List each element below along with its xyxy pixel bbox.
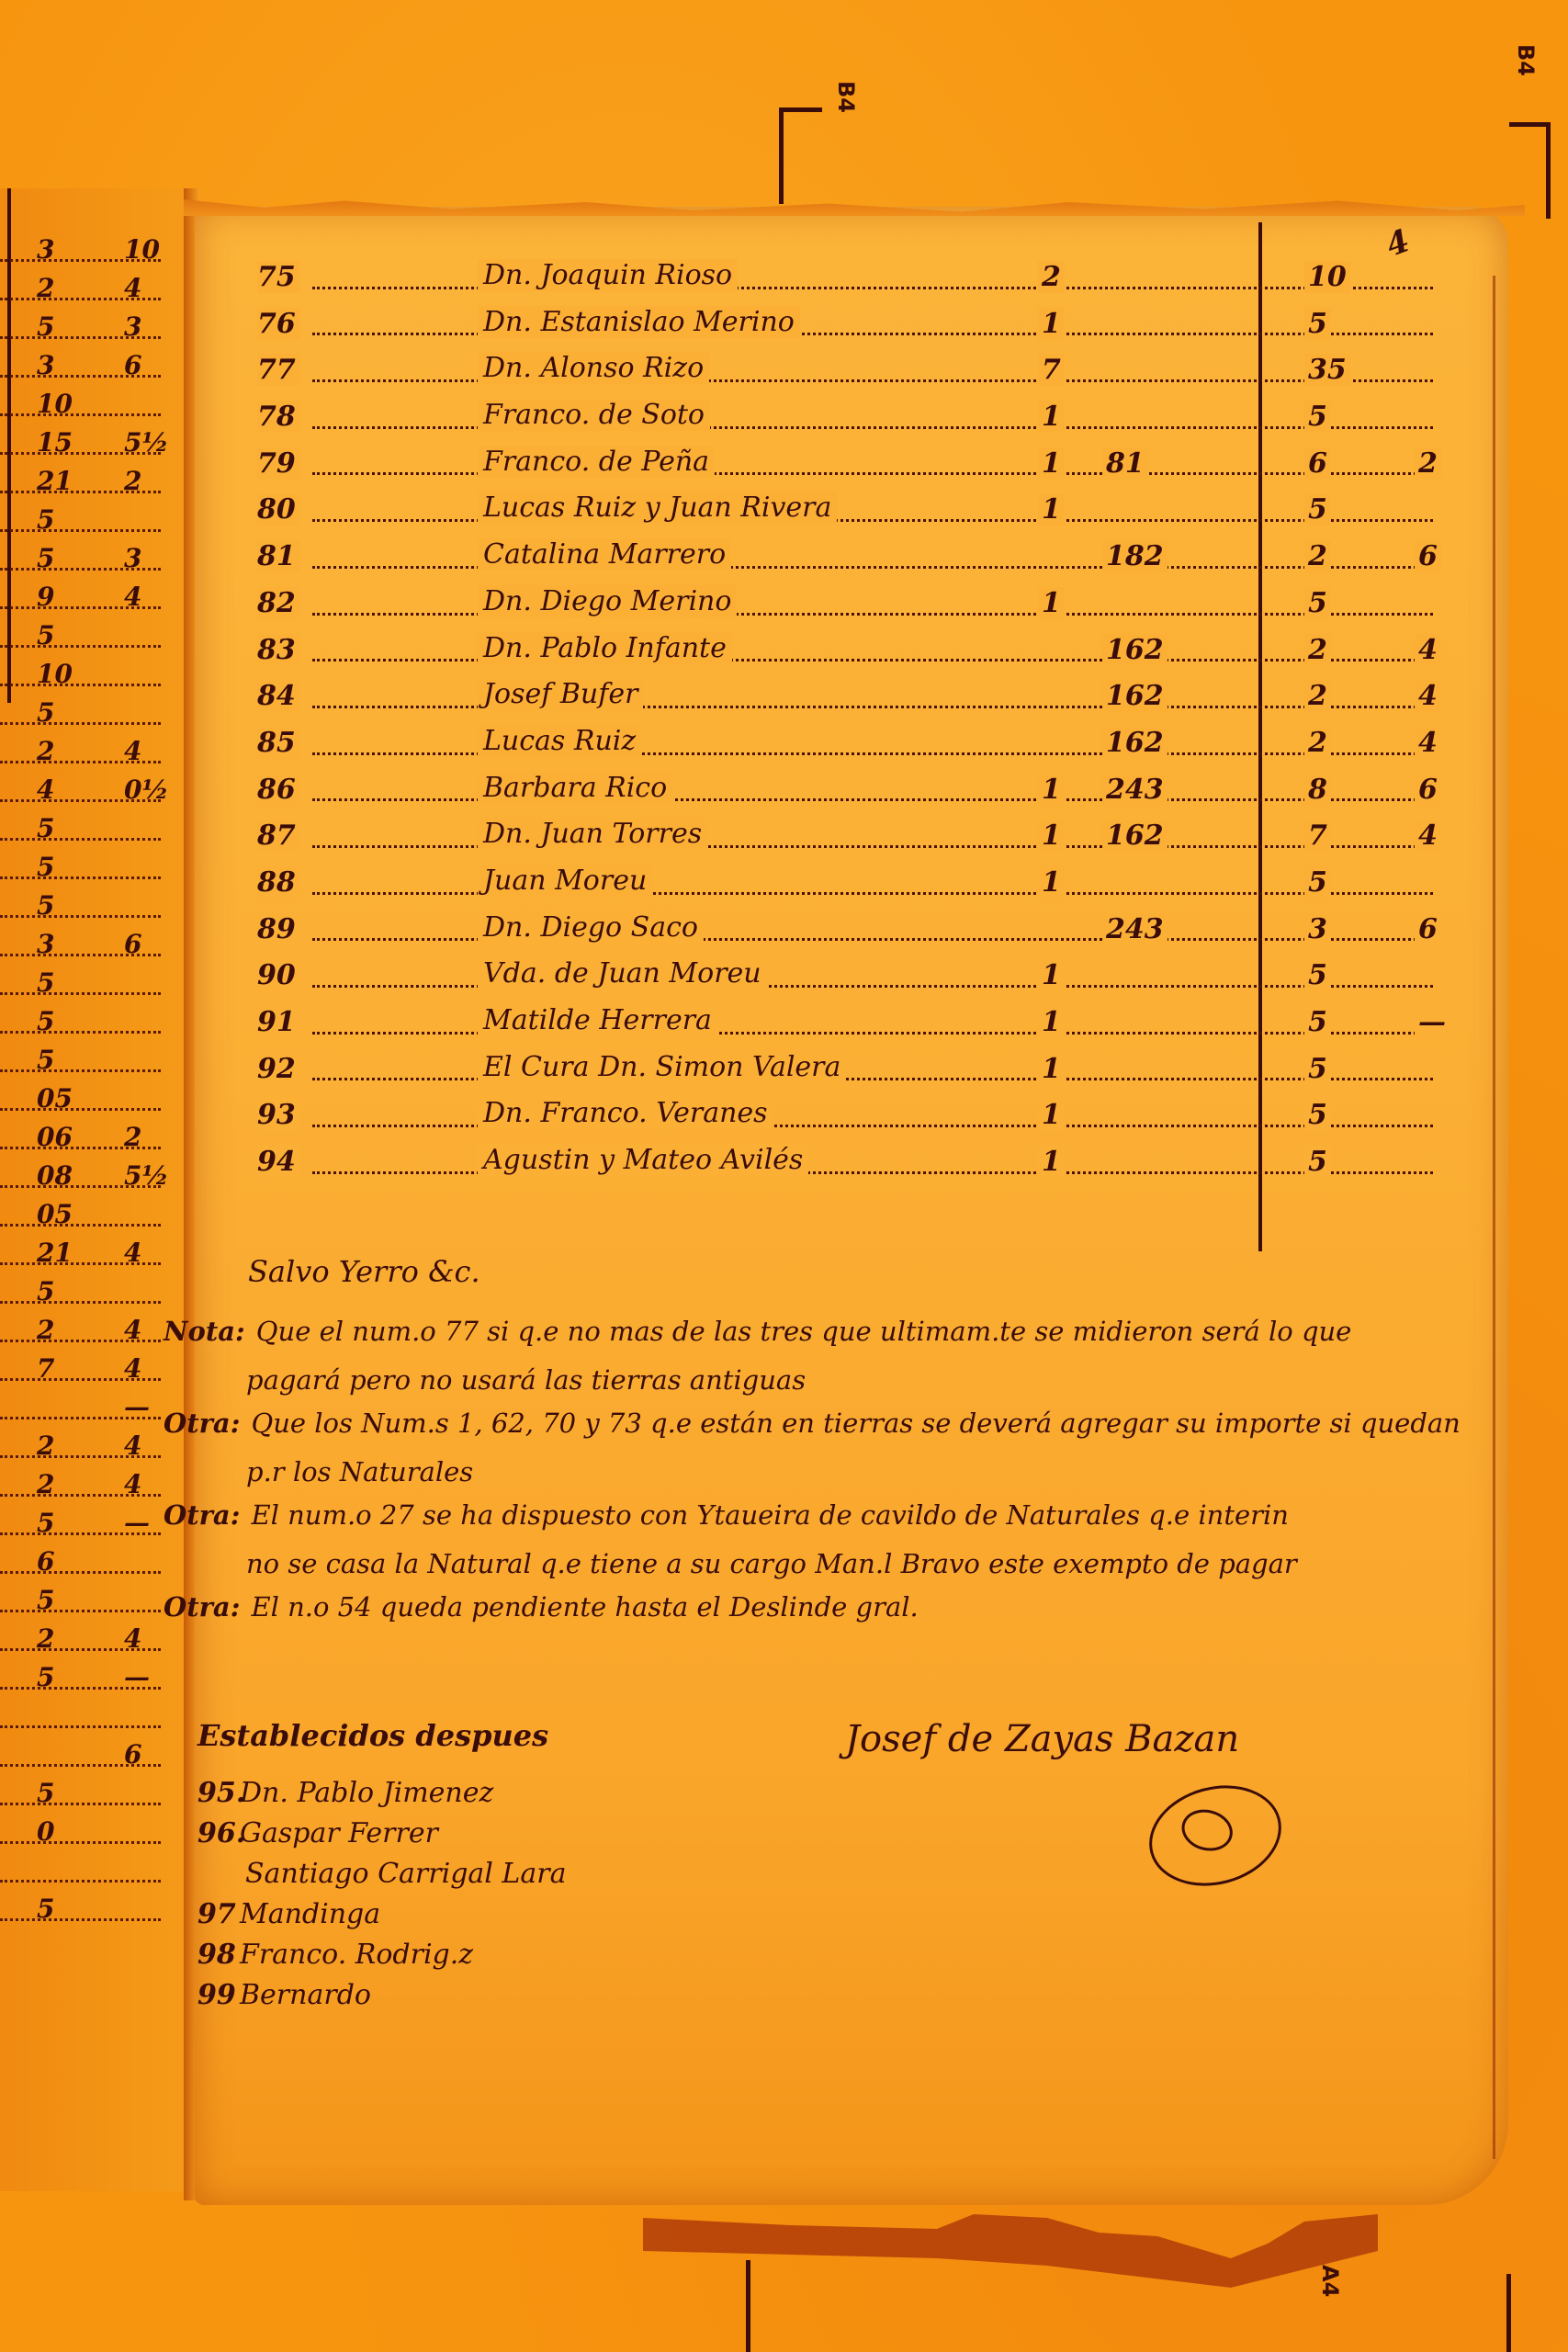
- previous-page-value-a: 06: [37, 1122, 73, 1152]
- note-line: El n.o 54 queda pendiente hasta el Desli…: [251, 1591, 918, 1623]
- entry-name: Lucas Ruiz y Juan Rivera: [478, 492, 837, 524]
- dot-leader: [0, 838, 161, 841]
- entry-value-c4: 6: [1415, 774, 1441, 806]
- entry-name: Juan Moreu: [478, 865, 652, 897]
- previous-page-values: 31024533610155½2125539451052440½55536555…: [0, 234, 179, 1932]
- previous-page-value-b: 4: [124, 736, 141, 766]
- previous-page-fragment: 31024533610155½2125539451052440½55536555…: [0, 188, 186, 2191]
- entry-name: Matilde Herrera: [478, 1004, 717, 1036]
- entry-name: Dn. Alonso Rizo: [478, 352, 709, 384]
- previous-page-row: [0, 1701, 179, 1739]
- notes-section: Nota:Que el num.o 77 si q.e no mas de la…: [164, 1318, 1495, 1637]
- entry-number: 79: [257, 447, 299, 480]
- previous-page-value-b: 6: [124, 1739, 141, 1770]
- previous-page-row: 214: [0, 1238, 179, 1276]
- note-tag: Nota:: [164, 1316, 245, 1347]
- entry-name: Dn. Juan Torres: [478, 818, 707, 850]
- previous-page-value-b: —: [124, 1508, 150, 1538]
- previous-page-row: 5: [0, 620, 179, 659]
- entry-value-c4: 4: [1415, 727, 1441, 759]
- previous-page-value-b: 3: [124, 543, 141, 573]
- previous-page-value-a: 5: [37, 311, 54, 342]
- previous-page-value-a: 2: [37, 1623, 54, 1654]
- dot-leader: [0, 1571, 161, 1574]
- registration-label-top-right: B4: [1513, 44, 1539, 76]
- previous-page-value-a: 05: [37, 1199, 73, 1229]
- previous-page-row: 6: [0, 1546, 179, 1585]
- entry-number: 77: [257, 354, 299, 386]
- previous-page-value-b: —: [124, 1392, 150, 1422]
- established-name: Franco. Rodrig.z: [240, 1939, 473, 1971]
- established-number: 98: [197, 1939, 240, 1971]
- entry-name: El Cura Dn. Simon Valera: [478, 1051, 846, 1083]
- registration-label-top-left: B4: [833, 81, 859, 113]
- entry-number: 82: [257, 587, 299, 619]
- previous-page-row: 05: [0, 1199, 179, 1238]
- previous-page-row: 5: [0, 697, 179, 736]
- previous-page-value-a: 5: [37, 1006, 54, 1036]
- note-line-continued: pagará pero no usará las tierras antigua…: [246, 1367, 1495, 1394]
- entry-number: 92: [257, 1053, 299, 1085]
- previous-page-value-b: 5½: [124, 427, 169, 458]
- previous-page-row: 24: [0, 1623, 179, 1662]
- ledger-row: 91Matilde Herrera15—: [257, 1001, 1506, 1047]
- previous-page-value-b: 4: [124, 1238, 141, 1268]
- previous-page-value-a: 2: [37, 736, 54, 766]
- previous-page-row: 5: [0, 1276, 179, 1315]
- ledger-row: 87Dn. Juan Torres116274: [257, 814, 1506, 861]
- dot-leader: [0, 529, 161, 532]
- ledger-row: 88Juan Moreu15: [257, 861, 1506, 908]
- established-name: Mandinga: [240, 1898, 380, 1930]
- previous-page-row: 53: [0, 543, 179, 582]
- previous-page-value-a: 5: [37, 543, 54, 573]
- previous-page-row: [0, 1855, 179, 1894]
- entry-number: 84: [257, 680, 299, 712]
- entry-value-c1: 1: [1038, 1146, 1065, 1178]
- dot-leader: [0, 1880, 161, 1883]
- established-name: Bernardo: [240, 1979, 371, 2011]
- previous-page-value-a: 08: [37, 1160, 73, 1191]
- previous-page-value-a: 6: [37, 1546, 54, 1577]
- previous-page-value-a: 5: [37, 890, 54, 921]
- entry-value-c3: 5: [1304, 1146, 1331, 1178]
- entry-name: Dn. Franco. Veranes: [478, 1097, 773, 1129]
- note-line-continued: p.r los Naturales: [246, 1459, 1495, 1486]
- previous-page-value-a: 5: [37, 1778, 54, 1808]
- entry-value-c2: 162: [1102, 634, 1168, 666]
- previous-page-value-a: 2: [37, 1469, 54, 1499]
- entry-value-c1: 2: [1038, 261, 1065, 293]
- previous-page-row: 40½: [0, 775, 179, 813]
- dot-leader: [0, 992, 161, 995]
- entry-value-c1: 1: [1038, 401, 1065, 433]
- previous-page-row: 5—: [0, 1508, 179, 1546]
- entry-number: 78: [257, 401, 299, 433]
- ledger-row: 92El Cura Dn. Simon Valera15: [257, 1047, 1506, 1094]
- established-entry: 99Bernardo: [197, 1979, 566, 2019]
- entry-value-c3: 10: [1304, 261, 1350, 293]
- entry-name: Josef Bufer: [478, 678, 643, 710]
- ledger-row: 78Franco. de Soto15: [257, 395, 1506, 442]
- entry-value-c3: 35: [1304, 354, 1350, 386]
- previous-page-row: 5: [0, 1006, 179, 1045]
- established-entry: 97Mandinga: [197, 1898, 566, 1939]
- entry-value-c3: 2: [1304, 634, 1331, 666]
- entry-number: 90: [257, 959, 299, 991]
- previous-page-value-a: 10: [37, 659, 73, 689]
- dot-leader: [0, 1725, 161, 1728]
- established-name: Gaspar Ferrer: [240, 1817, 438, 1849]
- previous-page-value-a: 21: [37, 466, 73, 496]
- entry-value-c2: 182: [1102, 540, 1168, 572]
- entry-number: 75: [257, 261, 299, 293]
- entry-value-c3: 5: [1304, 587, 1331, 619]
- ledger-row: 81Catalina Marrero18226: [257, 535, 1506, 582]
- entry-value-c2: 243: [1102, 913, 1168, 945]
- entry-value-c1: 7: [1038, 354, 1065, 386]
- established-after-section: Establecidos despues 95.Dn. Pablo Jimene…: [197, 1718, 566, 2019]
- dot-leader: [0, 1803, 161, 1805]
- entry-name: Vda. de Juan Moreu: [478, 957, 767, 989]
- entry-name: Agustin y Mateo Avilés: [478, 1144, 808, 1176]
- previous-page-value-b: 2: [124, 466, 141, 496]
- registration-label-bottom-right: A4: [1317, 2265, 1343, 2297]
- previous-page-value-a: 21: [37, 1238, 73, 1268]
- entry-value-c3: 5: [1304, 959, 1331, 991]
- entry-name: Dn. Diego Saco: [478, 911, 704, 944]
- note-item: Otra:Que los Num.s 1, 62, 70 y 73 q.e es…: [164, 1410, 1495, 1486]
- previous-page-value-a: 5: [37, 1276, 54, 1306]
- entry-value-c4: 6: [1415, 913, 1441, 945]
- entry-value-c3: 5: [1304, 493, 1331, 526]
- previous-page-row: 24: [0, 736, 179, 775]
- previous-page-value-b: 4: [124, 1430, 141, 1461]
- entry-value-c1: 1: [1038, 1053, 1065, 1085]
- previous-page-row: 310: [0, 234, 179, 273]
- entry-value-c4: 4: [1415, 680, 1441, 712]
- entry-value-c3: 5: [1304, 1053, 1331, 1085]
- dot-leader: [0, 684, 161, 686]
- entry-value-c1: 1: [1038, 1006, 1065, 1038]
- note-item: Nota:Que el num.o 77 si q.e no mas de la…: [164, 1318, 1495, 1394]
- entry-value-c1: 1: [1038, 587, 1065, 619]
- ledger-row: 84Josef Bufer16224: [257, 674, 1506, 721]
- entry-value-c2: 162: [1102, 680, 1168, 712]
- previous-page-value-a: 5: [37, 1662, 54, 1692]
- note-item: Otra:El n.o 54 queda pendiente hasta el …: [164, 1594, 1495, 1621]
- previous-page-row: 24: [0, 1315, 179, 1353]
- previous-page-value-b: 5½: [124, 1160, 169, 1191]
- previous-page-row: 085½: [0, 1160, 179, 1199]
- previous-page-value-a: 3: [37, 234, 54, 265]
- previous-page-value-b: 6: [124, 350, 141, 380]
- previous-page-row: 212: [0, 466, 179, 504]
- dot-leader: [0, 1841, 161, 1844]
- previous-page-row: 05: [0, 1083, 179, 1122]
- entry-value-c1: 1: [1038, 1099, 1065, 1131]
- dot-leader: [0, 915, 161, 918]
- entry-number: 83: [257, 634, 299, 666]
- entry-name: Lucas Ruiz: [478, 725, 641, 757]
- previous-page-value-b: —: [124, 1662, 150, 1692]
- salvo-yerro-closing: Salvo Yerro &c.: [248, 1254, 480, 1289]
- entry-name: Franco. de Peña: [478, 446, 715, 478]
- established-number: 97: [197, 1898, 240, 1930]
- previous-page-row: —: [0, 1392, 179, 1430]
- previous-page-value-b: 2: [124, 1122, 141, 1152]
- entry-value-c3: 5: [1304, 1099, 1331, 1131]
- previous-page-row: 062: [0, 1122, 179, 1160]
- note-line: Que el num.o 77 si q.e no mas de las tre…: [256, 1316, 1352, 1347]
- entry-number: 94: [257, 1146, 299, 1178]
- previous-page-row: 53: [0, 311, 179, 350]
- dot-leader: [0, 1031, 161, 1034]
- previous-page-value-b: 4: [124, 1315, 141, 1345]
- entry-value-c3: 6: [1304, 447, 1331, 480]
- note-tag: Otra:: [164, 1408, 240, 1439]
- dot-leader: [0, 1108, 161, 1111]
- ledger-row: 75Dn. Joaquin Rioso210: [257, 255, 1506, 302]
- previous-page-value-b: 0½: [124, 775, 169, 805]
- established-entry: 96.Gaspar Ferrer: [197, 1817, 566, 1858]
- ledger-row: 86Barbara Rico124386: [257, 768, 1506, 815]
- signature: Josef de Zayas Bazan: [845, 1718, 1239, 1760]
- previous-page-value-a: 5: [37, 813, 54, 843]
- previous-page-row: 6: [0, 1739, 179, 1778]
- registration-mark-bottom-left: [746, 2260, 787, 2352]
- previous-page-row: 94: [0, 582, 179, 620]
- ledger-row: 83Dn. Pablo Infante16224: [257, 628, 1506, 675]
- ledger-row: 85Lucas Ruiz16224: [257, 721, 1506, 768]
- entry-value-c4: 2: [1415, 447, 1441, 480]
- dot-leader: [0, 1069, 161, 1072]
- registration-mark-top-right: [1509, 122, 1551, 219]
- entry-value-c3: 2: [1304, 727, 1331, 759]
- previous-page-row: 10: [0, 659, 179, 697]
- ledger-row: 89Dn. Diego Saco24336: [257, 908, 1506, 955]
- previous-page-row: 5: [0, 1585, 179, 1623]
- entry-value-c1: 1: [1038, 308, 1065, 340]
- entry-value-c4: 4: [1415, 634, 1441, 666]
- previous-page-value-a: 9: [37, 582, 54, 612]
- entry-number: 89: [257, 913, 299, 945]
- entry-name: Dn. Diego Merino: [478, 585, 737, 617]
- note-tag: Otra:: [164, 1499, 240, 1531]
- previous-page-value-a: 7: [37, 1353, 54, 1384]
- entry-value-c2: 81: [1102, 447, 1148, 480]
- entry-name: Barbara Rico: [478, 772, 672, 804]
- entry-number: 91: [257, 1006, 299, 1038]
- dot-leader: [0, 1224, 161, 1227]
- previous-page-row: 24: [0, 1430, 179, 1469]
- entry-value-c3: 5: [1304, 401, 1331, 433]
- entry-value-c2: 162: [1102, 820, 1168, 852]
- previous-page-value-a: 5: [37, 504, 54, 535]
- entry-number: 76: [257, 308, 299, 340]
- entry-value-c3: 5: [1304, 1006, 1331, 1038]
- previous-page-value-a: 5: [37, 1045, 54, 1075]
- previous-page-row: 5: [0, 1894, 179, 1932]
- note-item: Otra:El num.o 27 se ha dispuesto con Yta…: [164, 1502, 1495, 1577]
- entry-value-c4: 6: [1415, 540, 1441, 572]
- previous-page-row: 5: [0, 1778, 179, 1816]
- previous-page-value-a: 5: [37, 620, 54, 650]
- previous-page-row: 10: [0, 389, 179, 427]
- established-name: Santiago Carrigal Lara: [245, 1858, 566, 1890]
- dot-leader: [0, 722, 161, 725]
- previous-page-row: 5: [0, 504, 179, 543]
- entry-number: 85: [257, 727, 299, 759]
- previous-page-row: 36: [0, 929, 179, 967]
- established-heading: Establecidos despues: [197, 1718, 566, 1753]
- dot-leader: [0, 1918, 161, 1921]
- entry-value-c1: 1: [1038, 447, 1065, 480]
- entry-value-c3: 3: [1304, 913, 1331, 945]
- previous-page-value-a: 2: [37, 1430, 54, 1461]
- previous-page-value-b: 10: [124, 234, 160, 265]
- previous-page-value-b: 6: [124, 929, 141, 959]
- ledger-row: 94Agustin y Mateo Avilés15: [257, 1140, 1506, 1187]
- previous-page-row: 74: [0, 1353, 179, 1392]
- entry-value-c3: 7: [1304, 820, 1331, 852]
- previous-page-row: 5: [0, 1045, 179, 1083]
- established-entry: 98Franco. Rodrig.z: [197, 1939, 566, 1979]
- entry-value-c2: 162: [1102, 727, 1168, 759]
- previous-page-row: 5: [0, 967, 179, 1006]
- dot-leader: [0, 645, 161, 648]
- entry-name: Catalina Marrero: [478, 538, 731, 571]
- previous-page-value-a: 5: [37, 1585, 54, 1615]
- previous-page-value-a: 2: [37, 1315, 54, 1345]
- established-entry: Santiago Carrigal Lara: [197, 1858, 566, 1898]
- entry-value-c3: 2: [1304, 680, 1331, 712]
- previous-page-row: 0: [0, 1816, 179, 1855]
- entry-number: 80: [257, 493, 299, 526]
- established-number: 95.: [197, 1777, 240, 1809]
- ledger-table: 75Dn. Joaquin Rioso21076Dn. Estanislao M…: [257, 255, 1506, 1187]
- established-number: 99: [197, 1979, 240, 2011]
- note-line-continued: no se casa la Natural q.e tiene a su car…: [246, 1551, 1495, 1577]
- established-number: 96.: [197, 1817, 240, 1849]
- previous-page-value-b: 4: [124, 582, 141, 612]
- ledger-row: 79Franco. de Peña18162: [257, 442, 1506, 489]
- previous-page-value-a: 3: [37, 929, 54, 959]
- previous-page-row: 24: [0, 1469, 179, 1508]
- dot-leader: [0, 413, 161, 416]
- previous-page-value-a: 5: [37, 1894, 54, 1924]
- entry-number: 81: [257, 540, 299, 572]
- previous-page-value-b: 4: [124, 1469, 141, 1499]
- ledger-row: 82Dn. Diego Merino15: [257, 582, 1506, 628]
- entry-value-c1: 1: [1038, 493, 1065, 526]
- entry-value-c1: 1: [1038, 820, 1065, 852]
- previous-page-value-b: 4: [124, 1623, 141, 1654]
- previous-page-value-a: 5: [37, 1508, 54, 1538]
- previous-page-value-a: 5: [37, 697, 54, 728]
- previous-page-value-a: 2: [37, 273, 54, 303]
- registration-mark-top-left: [779, 107, 822, 204]
- ledger-row: 80Lucas Ruiz y Juan Rivera15: [257, 488, 1506, 535]
- entry-name: Dn. Estanislao Merino: [478, 306, 800, 338]
- note-line: Que los Num.s 1, 62, 70 y 73 q.e están e…: [251, 1408, 1460, 1439]
- previous-page-row: 5: [0, 890, 179, 929]
- dot-leader: [0, 876, 161, 879]
- entry-name: Dn. Joaquin Rioso: [478, 259, 738, 291]
- previous-page-value-a: 5: [37, 967, 54, 998]
- entry-value-c3: 5: [1304, 308, 1331, 340]
- ledger-row: 76Dn. Estanislao Merino15: [257, 302, 1506, 349]
- ledger-row: 93Dn. Franco. Veranes15: [257, 1093, 1506, 1140]
- entry-value-c1: 1: [1038, 866, 1065, 899]
- entry-name: Franco. de Soto: [478, 399, 710, 431]
- note-line: El num.o 27 se ha dispuesto con Ytaueira…: [251, 1499, 1289, 1531]
- previous-page-value-a: 15: [37, 427, 73, 458]
- entry-number: 93: [257, 1099, 299, 1131]
- entry-value-c4: —: [1415, 1006, 1450, 1038]
- note-tag: Otra:: [164, 1591, 240, 1623]
- ledger-row: 90Vda. de Juan Moreu15: [257, 954, 1506, 1001]
- previous-page-value-a: 5: [37, 852, 54, 882]
- ledger-row: 77Dn. Alonso Rizo735: [257, 348, 1506, 395]
- previous-page-value-b: 4: [124, 273, 141, 303]
- entry-value-c3: 5: [1304, 866, 1331, 899]
- previous-page-value-a: 05: [37, 1083, 73, 1114]
- entry-value-c3: 2: [1304, 540, 1331, 572]
- established-entry: 95.Dn. Pablo Jimenez: [197, 1777, 566, 1817]
- previous-page-row: 36: [0, 350, 179, 389]
- dot-leader: [0, 1301, 161, 1304]
- previous-page-value-a: 0: [37, 1816, 54, 1847]
- previous-page-value-b: 4: [124, 1353, 141, 1384]
- previous-page-row: 5: [0, 813, 179, 852]
- previous-page-row: 24: [0, 273, 179, 311]
- previous-page-value-a: 4: [37, 775, 54, 805]
- entry-value-c3: 8: [1304, 774, 1331, 806]
- previous-page-value-a: 3: [37, 350, 54, 380]
- previous-page-row: 155½: [0, 427, 179, 466]
- entry-value-c4: 4: [1415, 820, 1441, 852]
- previous-page-value-a: 10: [37, 389, 73, 419]
- previous-page-value-b: 3: [124, 311, 141, 342]
- entry-value-c2: 243: [1102, 774, 1168, 806]
- registration-mark-bottom-right: [1506, 2274, 1516, 2352]
- established-list: 95.Dn. Pablo Jimenez96.Gaspar FerrerSant…: [197, 1777, 566, 2019]
- entry-value-c1: 1: [1038, 774, 1065, 806]
- dot-leader: [0, 1610, 161, 1612]
- previous-page-row: 5: [0, 852, 179, 890]
- entry-value-c1: 1: [1038, 959, 1065, 991]
- entry-number: 87: [257, 820, 299, 852]
- entry-number: 88: [257, 866, 299, 899]
- entry-number: 86: [257, 774, 299, 806]
- established-name: Dn. Pablo Jimenez: [240, 1777, 493, 1809]
- entry-name: Dn. Pablo Infante: [478, 632, 732, 664]
- previous-page-row: 5—: [0, 1662, 179, 1701]
